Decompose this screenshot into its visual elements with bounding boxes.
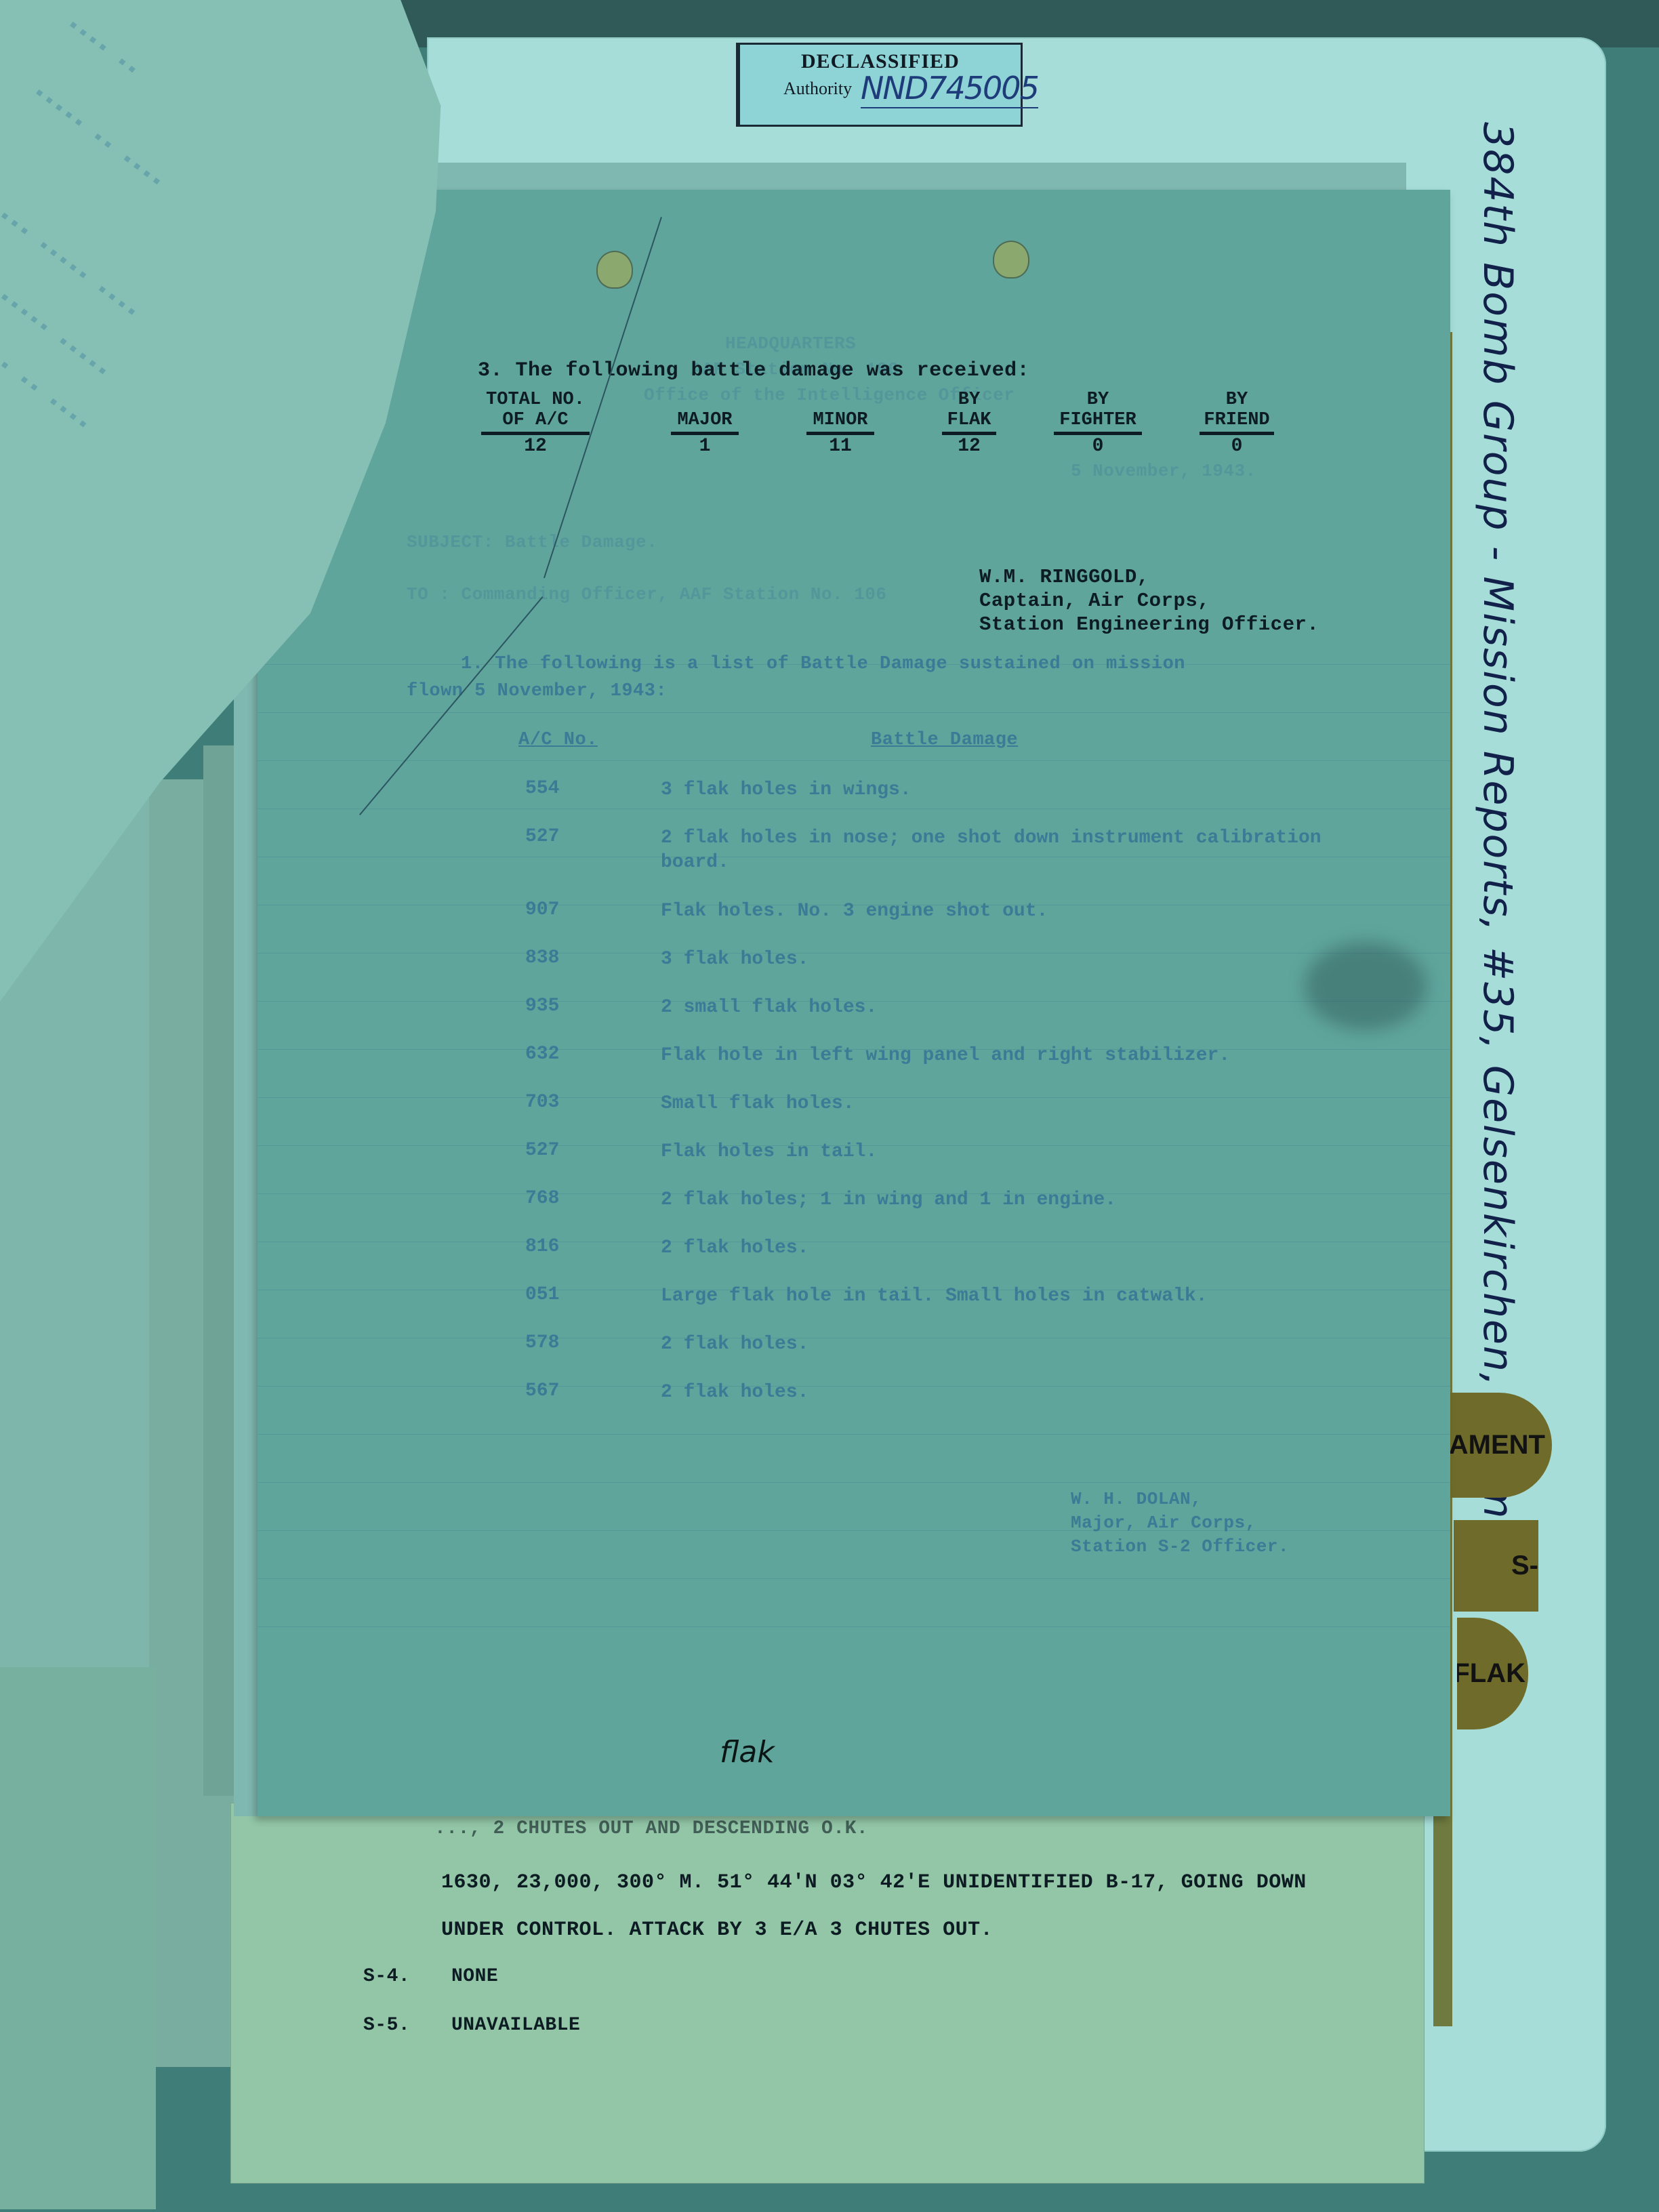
summary-rule <box>1054 432 1142 435</box>
damage-description: Large flak hole in tail. Small holes in … <box>661 1284 1338 1309</box>
summary-rule <box>481 432 590 435</box>
summary-rule <box>1200 432 1274 435</box>
ruled-line <box>258 712 1450 713</box>
memo-subject: SUBJECT: Battle Damage. <box>407 532 657 552</box>
summary-column-label: BY <box>942 390 996 410</box>
aircraft-number: 935 <box>525 996 579 1017</box>
aircraft-number: 907 <box>525 899 579 920</box>
summary-column: MINOR11 <box>806 410 874 457</box>
s2-officer-name: W. H. DOLAN, <box>1071 1489 1202 1509</box>
memo-paragraph-line-1: 1. The following is a list of Battle Dam… <box>461 654 1185 674</box>
report-item-value: UNAVAILABLE <box>451 2015 580 2036</box>
report-line-1: 1630, 23,000, 300° M. 51° 44'N 03° 42'E … <box>441 1871 1307 1894</box>
summary-rule <box>942 432 996 435</box>
aircraft-number: 578 <box>525 1332 579 1353</box>
summary-column-value: 1 <box>671 436 739 457</box>
summary-rule <box>806 432 874 435</box>
engineer-title: Station Engineering Officer. <box>979 613 1319 636</box>
mission-report-sheet: ..., 2 CHUTES OUT AND DESCENDING O.K. 16… <box>230 1803 1425 2184</box>
summary-column-label: MINOR <box>806 410 874 430</box>
left-bottom-paper <box>0 1667 156 2209</box>
aircraft-number: 816 <box>525 1236 579 1257</box>
aircraft-number: 838 <box>525 947 579 968</box>
report-item-label: S-5. <box>363 2015 410 2036</box>
divider-tab-armament[interactable]: ARMAMENT <box>1450 1393 1552 1498</box>
punch-hole <box>993 241 1029 279</box>
aircraft-number: 527 <box>525 1140 579 1161</box>
damage-description: Flak holes. No. 3 engine shot out. <box>661 899 1338 924</box>
summary-rule <box>671 432 739 435</box>
aircraft-number: 051 <box>525 1284 579 1305</box>
summary-column-label: BY <box>1200 390 1274 410</box>
summary-column-label: TOTAL NO. <box>481 390 590 410</box>
table-header-damage: Battle Damage <box>871 730 1018 750</box>
battle-damage-sheet: HEADQUARTERS AAF Station No. 106 Office … <box>258 190 1450 1816</box>
report-item-value: NONE <box>451 1966 498 1987</box>
aircraft-number: 527 <box>525 826 579 847</box>
report-cut-line: ..., 2 CHUTES OUT AND DESCENDING O.K. <box>434 1818 868 1839</box>
summary-column-value: 12 <box>942 436 996 457</box>
summary-column-label: FRIEND <box>1200 410 1274 430</box>
summary-column: BYFRIEND0 <box>1200 390 1274 457</box>
stamp-authority-label: Authority <box>783 79 852 99</box>
stamp-authority-value: NND745005 <box>861 69 1038 108</box>
memo-to: TO : Commanding Officer, AAF Station No.… <box>407 584 887 605</box>
damage-description: 2 flak holes in nose; one shot down inst… <box>661 826 1338 875</box>
report-line-2: UNDER CONTROL. ATTACK BY 3 E/A 3 CHUTES … <box>441 1919 993 1942</box>
summary-column-value: 0 <box>1200 436 1274 457</box>
summary-column-value: 12 <box>481 436 590 457</box>
damage-description: Flak hole in left wing panel and right s… <box>661 1044 1338 1068</box>
s2-officer-title: Station S-2 Officer. <box>1071 1536 1289 1557</box>
summary-column-value: 0 <box>1054 436 1142 457</box>
ruled-line <box>258 1626 1450 1627</box>
summary-column-label: OF A/C <box>481 410 590 430</box>
summary-column-label: BY <box>1054 390 1142 410</box>
report-item-label: S-4. <box>363 1966 410 1987</box>
handwritten-mark: flak <box>720 1735 775 1769</box>
ruled-line <box>258 760 1450 761</box>
aircraft-number: 768 <box>525 1188 579 1209</box>
damage-description: 2 flak holes. <box>661 1332 1338 1357</box>
punch-hole <box>596 251 633 289</box>
memo-header-1: HEADQUARTERS <box>725 333 856 354</box>
damage-description: 3 flak holes. <box>661 947 1338 972</box>
tab-label: FLAK <box>1457 1658 1525 1689</box>
aircraft-number: 703 <box>525 1092 579 1113</box>
aircraft-number: 632 <box>525 1044 579 1065</box>
aircraft-number: 567 <box>525 1380 579 1401</box>
damage-description: Small flak holes. <box>661 1092 1338 1116</box>
memo-paragraph-line-2: flown 5 November, 1943: <box>407 681 667 701</box>
summary-column: BYFIGHTER0 <box>1054 390 1142 457</box>
aircraft-number: 554 <box>525 778 579 799</box>
engineer-rank: Captain, Air Corps, <box>979 590 1210 612</box>
damage-description: 3 flak holes in wings. <box>661 778 1338 802</box>
tab-label: S- <box>1511 1551 1538 1581</box>
summary-column: MAJOR1 <box>671 410 739 457</box>
summary-column-label: FIGHTER <box>1054 410 1142 430</box>
engineer-name: W.M. RINGGOLD, <box>979 566 1149 588</box>
damage-description: 2 small flak holes. <box>661 996 1338 1020</box>
battle-damage-heading: 3. The following battle damage was recei… <box>478 359 1029 382</box>
summary-column: TOTAL NO.OF A/C12 <box>481 390 590 457</box>
tab-label: ARMAMENT <box>1450 1430 1545 1460</box>
damage-description: 2 flak holes; 1 in wing and 1 in engine. <box>661 1188 1338 1212</box>
damage-description: Flak holes in tail. <box>661 1140 1338 1164</box>
damage-list: 5543 flak holes in wings.5272 flak holes… <box>525 778 1406 1591</box>
summary-column-value: 11 <box>806 436 874 457</box>
damage-description: 2 flak holes. <box>661 1380 1338 1405</box>
damage-description: 2 flak holes. <box>661 1236 1338 1261</box>
declassified-stamp: DECLASSIFIED Authority NND745005 <box>736 43 1023 127</box>
memo-date: 5 November, 1943. <box>1071 461 1256 481</box>
summary-column-label: FLAK <box>942 410 996 430</box>
divider-tab-s[interactable]: S- <box>1454 1520 1538 1612</box>
table-header-ac: A/C No. <box>518 730 598 750</box>
s2-officer-rank: Major, Air Corps, <box>1071 1513 1256 1533</box>
smudge-mark <box>1305 942 1427 1030</box>
summary-column-label: MAJOR <box>671 410 739 430</box>
summary-column: BYFLAK12 <box>942 390 996 457</box>
